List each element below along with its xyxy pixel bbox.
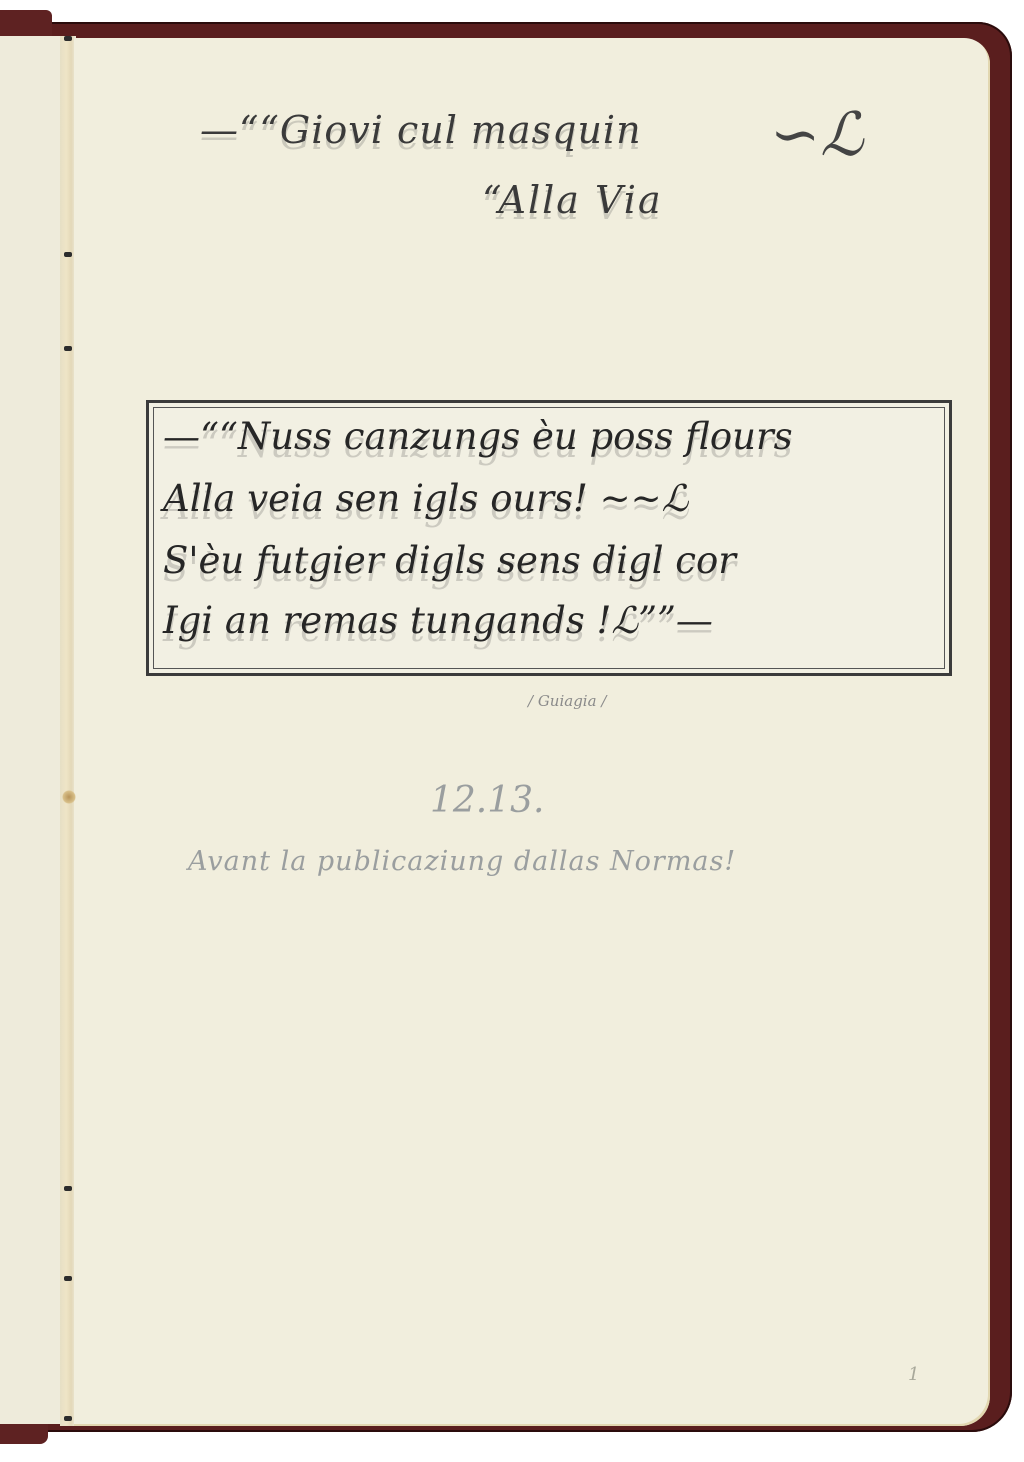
stitch-mark bbox=[64, 1276, 72, 1281]
signature: / Guiagia / bbox=[528, 692, 606, 710]
poem-line: Igi an remas tungands !ℒ””— bbox=[163, 599, 713, 642]
heading-line-1: —““Giovi cul masquin bbox=[200, 108, 642, 152]
pencil-date: 12.13. bbox=[430, 780, 545, 821]
poem-box: —““Nuss canzungs èu poss flours Alla vei… bbox=[146, 400, 952, 676]
page-number: 1 bbox=[908, 1364, 919, 1385]
heading-line-2: “Alla Via bbox=[482, 178, 663, 222]
stitch-mark bbox=[64, 1416, 72, 1421]
poem-line: S'èu futgier digls sens digl cor bbox=[163, 539, 736, 582]
page-heading: —““Giovi cul masquin “Alla Via ∽ℒ bbox=[200, 100, 920, 250]
cover-corner-top bbox=[0, 10, 52, 38]
stitch-mark bbox=[64, 252, 72, 257]
stitch-mark bbox=[64, 1186, 72, 1191]
stitch-mark bbox=[64, 346, 72, 351]
poem-line: Alla veia sen igls ours! ~~ℒ bbox=[163, 477, 688, 520]
pencil-note: Avant la publicaziung dallas Normas! bbox=[188, 846, 736, 877]
flourish-icon: ∽ℒ bbox=[770, 100, 864, 170]
paper-stain bbox=[62, 790, 76, 804]
poem-line: —““Nuss canzungs èu poss flours bbox=[163, 415, 793, 458]
left-page-edge bbox=[0, 36, 64, 1424]
stitch-mark bbox=[64, 36, 72, 41]
